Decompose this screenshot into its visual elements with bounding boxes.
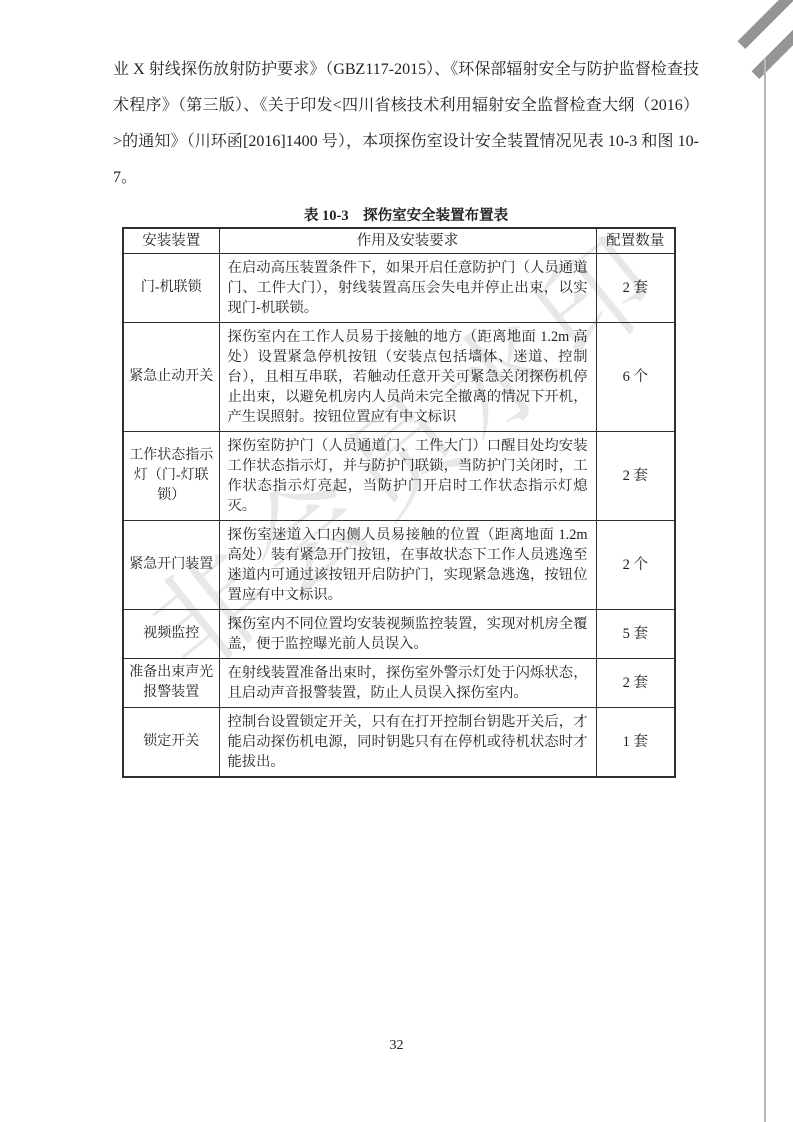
scan-artifact-line xyxy=(764,58,766,1122)
body-paragraph: 业 X 射线探伤放射防护要求》（GBZ117-2015）、《环保部辐射安全与防护… xyxy=(113,52,699,196)
description-cell: 控制台设置锁定开关，只有在打开控制台钥匙开关后，才能启动探伤机电源，同时钥匙只有… xyxy=(219,708,596,778)
description-cell: 在启动高压装置条件下，如果开启任意防护门（人员通道门、工件大门），射线装置高压会… xyxy=(219,254,596,323)
device-cell: 准备出束声光报警装置 xyxy=(123,659,219,708)
header-quantity: 配置数量 xyxy=(596,228,675,254)
description-cell: 在射线装置准备出束时，探伤室外警示灯处于闪烁状态，且启动声音报警装置，防止人员误… xyxy=(219,659,596,708)
table-row: 准备出束声光报警装置 在射线装置准备出束时，探伤室外警示灯处于闪烁状态，且启动声… xyxy=(123,659,675,708)
table-row: 锁定开关 控制台设置锁定开关，只有在打开控制台钥匙开关后，才能启动探伤机电源，同… xyxy=(123,708,675,778)
table-header-row: 安装装置 作用及安装要求 配置数量 xyxy=(123,228,675,254)
description-cell: 探伤室内不同位置均安装视频监控装置，实现对机房全覆盖，便于监控曝光前人员误入。 xyxy=(219,610,596,659)
table-row: 视频监控 探伤室内不同位置均安装视频监控装置，实现对机房全覆盖，便于监控曝光前人… xyxy=(123,610,675,659)
quantity-cell: 2 个 xyxy=(596,521,675,610)
description-cell: 探伤室内在工作人员易于接触的地方（距离地面 1.2m 高处）设置紧急停机按钮（安… xyxy=(219,323,596,432)
safety-devices-table: 安装装置 作用及安装要求 配置数量 门-机联锁 在启动高压装置条件下，如果开启任… xyxy=(122,227,676,778)
device-cell: 门-机联锁 xyxy=(123,254,219,323)
table-row: 紧急开门装置 探伤室迷道入口内侧人员易接触的位置（距离地面 1.2m 高处）装有… xyxy=(123,521,675,610)
description-cell: 探伤室防护门（人员通道门、工件大门）口醒目处均安装工作状态指示灯，并与防护门联锁… xyxy=(219,432,596,521)
device-cell: 紧急开门装置 xyxy=(123,521,219,610)
table-title: 表 10-3 探伤室安全装置布置表 xyxy=(113,204,699,225)
description-cell: 探伤室迷道入口内侧人员易接触的位置（距离地面 1.2m 高处）装有紧急开门按钮，… xyxy=(219,521,596,610)
quantity-cell: 5 套 xyxy=(596,610,675,659)
quantity-cell: 6 个 xyxy=(596,323,675,432)
device-cell: 视频监控 xyxy=(123,610,219,659)
table-row: 紧急止动开关 探伤室内在工作人员易于接触的地方（距离地面 1.2m 高处）设置紧… xyxy=(123,323,675,432)
document-page: 非会员水印 业 X 射线探伤放射防护要求》（GBZ117-2015）、《环保部辐… xyxy=(0,0,793,1122)
header-device: 安装装置 xyxy=(123,228,219,254)
header-requirements: 作用及安装要求 xyxy=(219,228,596,254)
device-cell: 紧急止动开关 xyxy=(123,323,219,432)
quantity-cell: 1 套 xyxy=(596,708,675,778)
quantity-cell: 2 套 xyxy=(596,432,675,521)
device-cell: 工作状态指示灯（门-灯联锁） xyxy=(123,432,219,521)
table-row: 门-机联锁 在启动高压装置条件下，如果开启任意防护门（人员通道门、工件大门），射… xyxy=(123,254,675,323)
quantity-cell: 2 套 xyxy=(596,659,675,708)
table-row: 工作状态指示灯（门-灯联锁） 探伤室防护门（人员通道门、工件大门）口醒目处均安装… xyxy=(123,432,675,521)
device-cell: 锁定开关 xyxy=(123,708,219,778)
page-number: 32 xyxy=(0,1038,793,1054)
quantity-cell: 2 套 xyxy=(596,254,675,323)
